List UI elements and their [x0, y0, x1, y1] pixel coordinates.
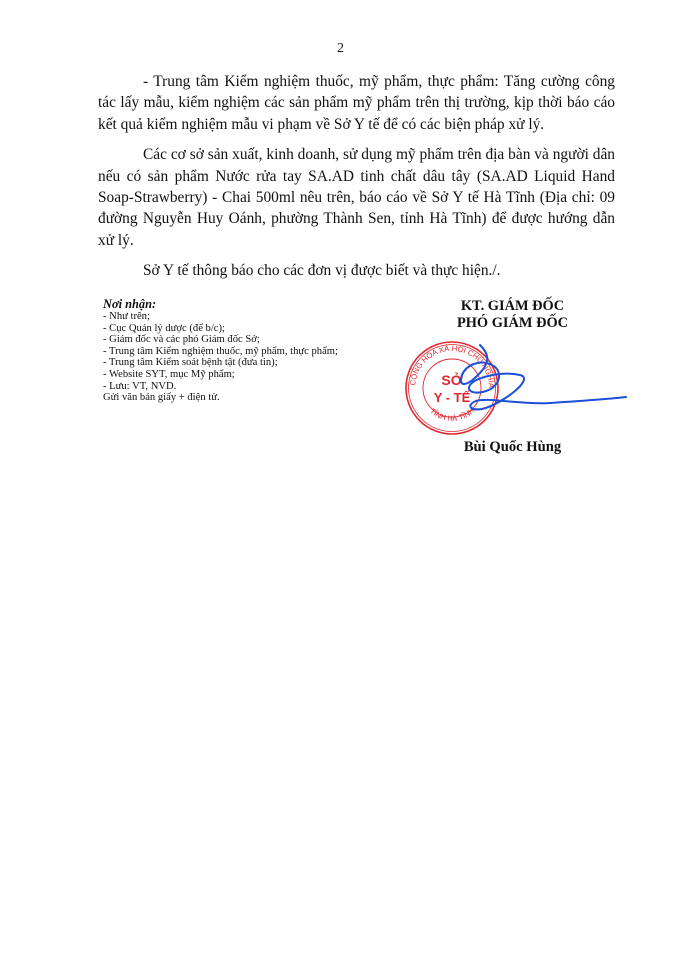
paragraph-testing-center: - Trung tâm Kiểm nghiệm thuốc, mỹ phẩm, …: [98, 71, 615, 135]
recipient-item: - Trung tâm Kiểm nghiệm thuốc, mỹ phẩm, …: [103, 346, 338, 358]
paragraph-closing: Sở Y tế thông báo cho các đơn vị được bi…: [98, 260, 615, 281]
signature-title-line2: PHÓ GIÁM ĐỐC: [400, 315, 625, 332]
handwritten-signature-icon: [440, 335, 630, 420]
signature-title-line1: KT. GIÁM ĐỐC: [400, 298, 625, 315]
page-number: 2: [0, 41, 681, 57]
recipient-item: - Trung tâm Kiểm soát bệnh tật (đưa tin)…: [103, 357, 338, 369]
signature-title-block: KT. GIÁM ĐỐC PHÓ GIÁM ĐỐC: [400, 298, 625, 332]
recipient-item: - Cục Quản lý dược (để b/c);: [103, 323, 338, 335]
recipients-note: Gửi văn bản giấy + điện tử.: [103, 392, 338, 404]
recipient-item: - Giám đốc và các phó Giám đốc Sở;: [103, 334, 338, 346]
recipient-item: - Lưu: VT, NVD.: [103, 381, 338, 393]
recipients-block: Nơi nhận: - Như trên; - Cục Quản lý dược…: [103, 298, 338, 404]
signer-name: Bùi Quốc Hùng: [400, 439, 625, 456]
paragraph-establishments: Các cơ sở sản xuất, kinh doanh, sử dụng …: [98, 144, 615, 251]
recipients-title: Nơi nhận:: [103, 298, 338, 311]
recipient-item: - Như trên;: [103, 311, 338, 323]
document-body: - Trung tâm Kiểm nghiệm thuốc, mỹ phẩm, …: [98, 71, 615, 282]
recipient-item: - Website SYT, mục Mỹ phẩm;: [103, 369, 338, 381]
